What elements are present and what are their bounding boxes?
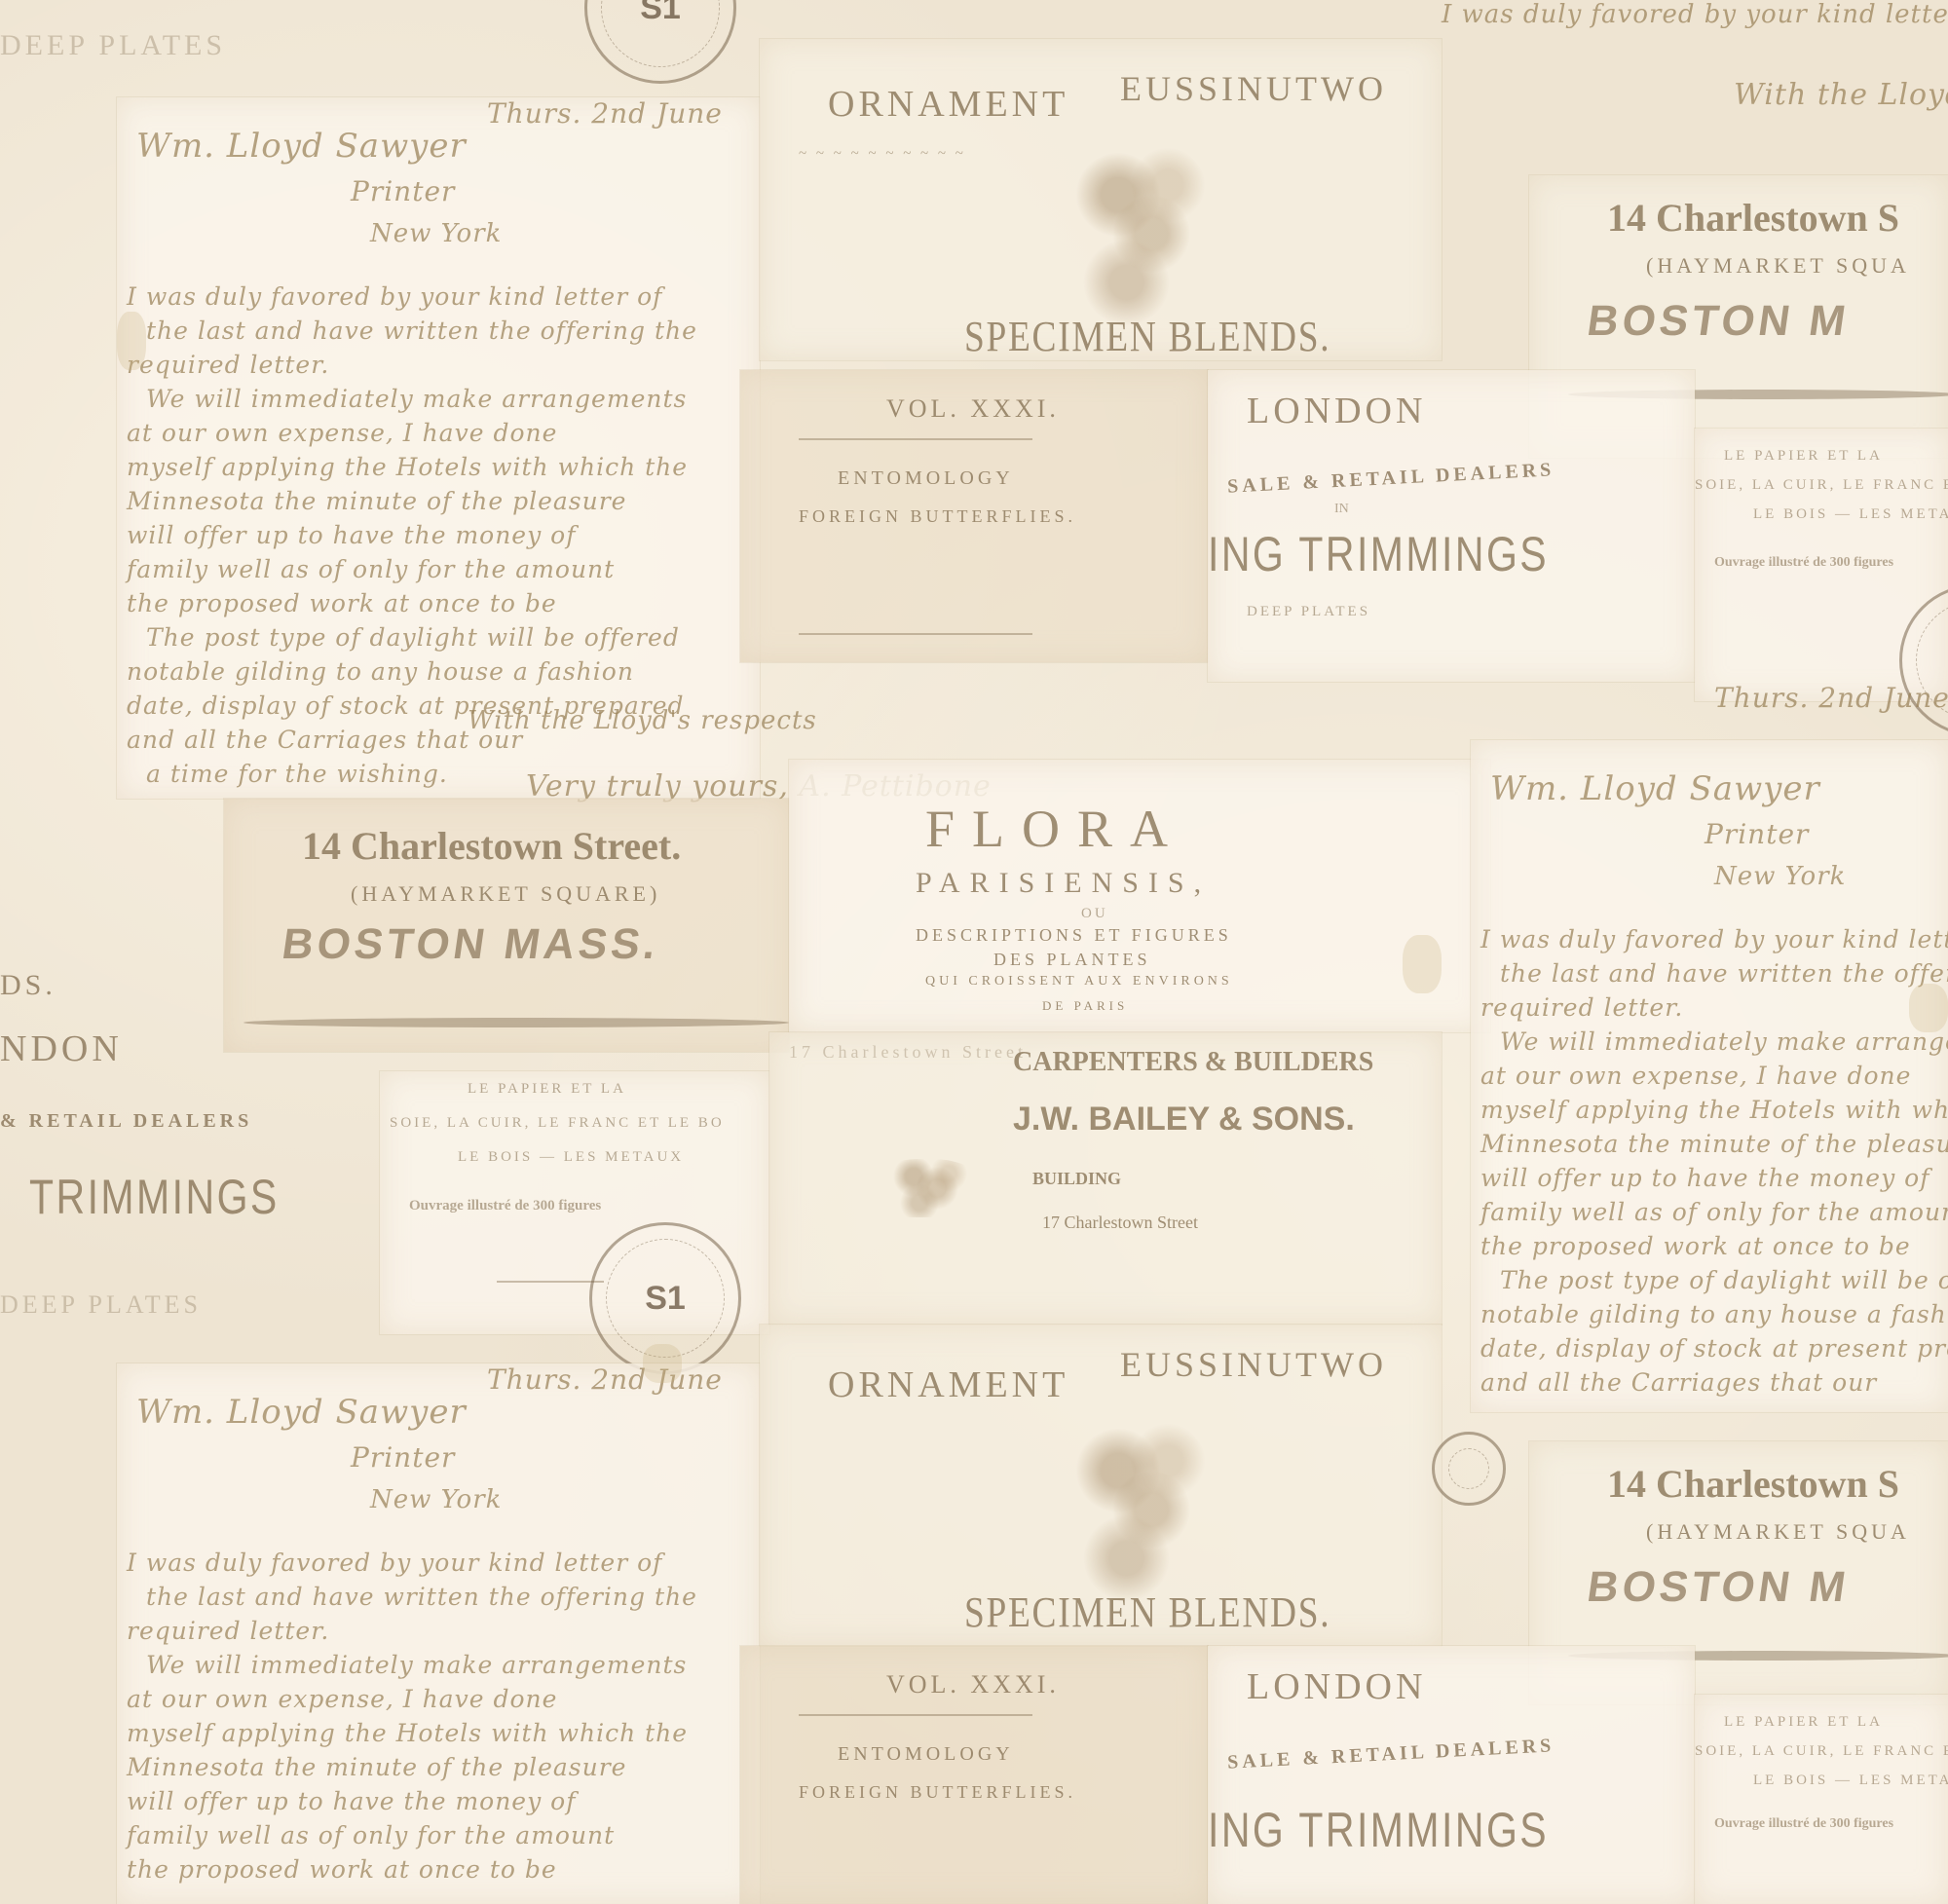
french-line: SOIE, LA CUIR, LE FRANC ET LE BO [1695, 477, 1948, 494]
letter-line: I was duly favored by your kind letter o… [1480, 925, 1948, 953]
french-line: LE PAPIER ET LA [1724, 448, 1883, 465]
letter-line: The post type of daylight will be offere… [1500, 1266, 1948, 1294]
mirror-heading: EUSSINUTWO [1120, 68, 1387, 109]
flora-croissent: QUI CROISSENT AUX ENVIRONS [925, 974, 1233, 989]
entomology-card: VOL. XXXI. ENTOMOLOGY FOREIGN BUTTERFLIE… [740, 370, 1208, 662]
cherubs-ornament-icon [867, 1159, 984, 1217]
signature-fragment: With the Lloyd's respects [1734, 78, 1948, 112]
letter-line: myself applying the Hotels with which th… [127, 453, 688, 481]
letter-line: the last and have written the offering t… [146, 1583, 697, 1611]
letter-date: Thurs. 2nd June [1714, 682, 1948, 714]
foreign-butterflies-label: FOREIGN BUTTERFLIES. [799, 1782, 1076, 1803]
letter-line: family well as of only for the amount [1480, 1198, 1948, 1226]
letter-line: Minnesota the minute of the pleasure [127, 487, 626, 515]
letter-line: the proposed work at once to be [127, 589, 557, 617]
boston-banner: BOSTON MASS. [279, 920, 662, 969]
age-stain [117, 312, 146, 370]
flora-paris: DE PARIS [1042, 998, 1128, 1014]
letter-place: New York [370, 219, 502, 248]
plates-fragment: DEEP PLATES [0, 1290, 202, 1320]
bailey-advert: 17 Charlestown Street CARPENTERS & BUILD… [769, 1032, 1442, 1325]
french-line: Ouvrage illustré de 300 figures [1714, 555, 1893, 571]
letter-line: We will immediately make arrangements [1500, 1027, 1948, 1056]
trimmings-fragment: TRIMMINGS [29, 1169, 280, 1225]
french-card-bottom-right: LE PAPIER ET LA SOIE, LA CUIR, LE FRANC … [1695, 1695, 1948, 1904]
entomology-label: ENTOMOLOGY [838, 1743, 1014, 1766]
postmark-stamp-icon: S1 [584, 0, 736, 84]
stamp-glyph: S1 [645, 1280, 686, 1318]
letter-line: myself applying the Hotels with which th… [127, 1719, 688, 1747]
letter-line: We will immediately make arrangements [146, 385, 687, 413]
french-line: Ouvrage illustré de 300 figures [409, 1198, 601, 1214]
divider [799, 438, 1032, 440]
divider [497, 1281, 604, 1283]
handwritten-letter-bottom-left: Wm. Lloyd Sawyer Thurs. 2nd June Printer… [117, 1363, 760, 1904]
french-line: LE PAPIER ET LA [468, 1081, 626, 1098]
trimmings-advert-bottom: LONDON SALE & RETAIL DEALERS ING TRIMMIN… [1208, 1646, 1695, 1904]
letter-line: Minnesota the minute of the pleasure [1480, 1130, 1948, 1158]
letter-place: New York [370, 1485, 502, 1514]
in-label: IN [1334, 502, 1349, 517]
letter-line: family well as of only for the amount [127, 1821, 615, 1849]
handwritten-letter-right: Wm. Lloyd Sawyer Printer New York I was … [1471, 740, 1948, 1412]
letter-line: will offer up to have the money of [127, 521, 576, 549]
vol-label: VOL. XXXI. [886, 394, 1060, 424]
letter-line: and all the Carriages that our [127, 726, 523, 754]
vol-label: VOL. XXXI. [886, 1670, 1060, 1699]
letter-line: The post type of daylight will be offere… [146, 623, 680, 652]
advert-small-print: 17 Charlestown Street [789, 1042, 1027, 1063]
bailey-address: 17 Charlestown Street [1042, 1213, 1198, 1233]
letter-line: the proposed work at once to be [1480, 1232, 1911, 1260]
letter-title: Printer [351, 1441, 455, 1474]
letter-line: Minnesota the minute of the pleasure [127, 1753, 626, 1781]
bailey-heading: J.W. BAILEY & SONS. [1013, 1101, 1355, 1139]
ornament-heading: ORNAMENT [828, 1363, 1068, 1406]
letter-line: required letter. [127, 1617, 329, 1645]
french-line: LE BOIS — LES METAUX [1753, 1773, 1948, 1789]
letter-closing: With the Lloyd's respects [468, 706, 817, 735]
letter-line: at our own expense, I have done [1480, 1062, 1911, 1090]
french-line: LE BOIS — LES METAUX [1753, 506, 1948, 523]
london-heading: LONDON [1247, 390, 1426, 432]
letter-line: notable gilding to any house a fashion [1480, 1300, 1948, 1328]
haymarket-label: (HAYMARKET SQUA [1646, 253, 1910, 279]
french-line: LE PAPIER ET LA [1724, 1714, 1883, 1731]
trimmings-heading: ING TRIMMINGS [1208, 1802, 1549, 1858]
trimmings-small-print: DEEP PLATES [1247, 604, 1370, 620]
handwritten-letter-top-left: Wm. Lloyd Sawyer Thurs. 2nd June Printer… [117, 97, 760, 799]
french-line: SOIE, LA CUIR, LE FRANC ET LE BO [1695, 1743, 1948, 1760]
french-line: LE BOIS — LES METAUX [458, 1149, 684, 1166]
letter-line: I was duly favored by your kind letter o… [127, 282, 662, 311]
boston-banner: BOSTON M [1584, 1563, 1852, 1612]
letter-title: Printer [1704, 818, 1809, 850]
age-stain [1909, 984, 1948, 1032]
letter-line: the last and have written the offering t… [146, 317, 697, 345]
flora-plantes: DES PLANTES [993, 950, 1151, 970]
london-heading: LONDON [1247, 1665, 1426, 1708]
charlestown-address: 14 Charlestown Street. [302, 823, 681, 869]
trimmings-advert: LONDON SALE & RETAIL DEALERS IN ING TRIM… [1208, 370, 1695, 682]
ds-fragment: DS. [0, 969, 56, 1002]
haymarket-label: (HAYMARKET SQUA [1646, 1519, 1910, 1545]
letter-fragment-top-right: I was duly favored by your kind letter o… [1442, 0, 1948, 29]
wholesale-label: SALE & RETAIL DEALERS [1227, 1735, 1555, 1774]
divider [799, 633, 1032, 635]
flora-parisiensis-title: FLORA PARISIENSIS, OU DESCRIPTIONS ET FI… [789, 760, 1490, 1032]
letter-salutation: Wm. Lloyd Sawyer [136, 127, 467, 166]
letter-line: the proposed work at once to be [127, 1855, 557, 1884]
advert-small-print: ~ ~ ~ ~ ~ ~ ~ ~ ~ ~ [799, 146, 966, 163]
letter-line: will offer up to have the money of [1480, 1164, 1929, 1192]
foreign-butterflies-label: FOREIGN BUTTERFLIES. [799, 506, 1076, 527]
letter-line: notable gilding to any house a fashion [127, 657, 634, 686]
letter-date: Thurs. 2nd June [487, 97, 723, 130]
banner-swoosh [243, 1018, 789, 1027]
letter-line: will offer up to have the money of [127, 1787, 576, 1815]
letter-line: and all the Carriages that our [1480, 1368, 1877, 1397]
building-label: BUILDING [1032, 1169, 1121, 1189]
flora-heading: FLORA [925, 799, 1185, 859]
charlestown-advert-mid: 14 Charlestown Street. (HAYMARKET SQUARE… [224, 799, 789, 1052]
letter-salutation: Wm. Lloyd Sawyer [136, 1393, 467, 1432]
plates-fragment: DEEP PLATES [0, 29, 226, 62]
age-stain [1403, 935, 1442, 993]
letter-line: required letter. [1480, 993, 1683, 1022]
ornament-advert-top: ORNAMENT EUSSINUTWO ~ ~ ~ ~ ~ ~ ~ ~ ~ ~ … [760, 39, 1442, 360]
ornament-heading: ORNAMENT [828, 83, 1068, 126]
flora-descriptions: DESCRIPTIONS ET FIGURES [916, 925, 1232, 946]
stamp-glyph: S1 [640, 0, 681, 27]
french-line: Ouvrage illustré de 300 figures [1714, 1816, 1893, 1832]
letter-line: family well as of only for the amount [127, 555, 615, 583]
letter-place: New York [1714, 862, 1846, 891]
letter-title: Printer [351, 175, 455, 207]
entomology-label: ENTOMOLOGY [838, 467, 1014, 490]
letter-line: We will immediately make arrangements [146, 1651, 687, 1679]
london-fragment: NDON [0, 1027, 123, 1070]
letter-line: myself applying the Hotels with which th… [1480, 1096, 1948, 1124]
ornament-advert-bottom: ORNAMENT EUSSINUTWO SPECIMEN BLENDS. [760, 1325, 1442, 1646]
wholesale-label: SALE & RETAIL DEALERS [1227, 459, 1555, 499]
letter-line: required letter. [127, 351, 329, 379]
letter-line: at our own expense, I have done [127, 1685, 557, 1713]
flora-ou: OU [1081, 906, 1108, 922]
mirror-heading: EUSSINUTWO [1120, 1344, 1387, 1385]
charlestown-address: 14 Charlestown S [1607, 1461, 1899, 1507]
postmark-stamp-icon [1432, 1432, 1506, 1506]
entomology-card-bottom: VOL. XXXI. ENTOMOLOGY FOREIGN BUTTERFLIE… [740, 1646, 1208, 1904]
letter-line: the last and have written the offering t… [1500, 959, 1948, 988]
age-stain [643, 1344, 682, 1383]
floral-ornament-icon [1052, 1412, 1217, 1607]
divider [799, 1714, 1032, 1716]
wholesale-fragment: & RETAIL DEALERS [0, 1110, 252, 1133]
letter-line: date, display of stock at present prepar… [1480, 1334, 1948, 1363]
letter-salutation: Wm. Lloyd Sawyer [1490, 769, 1820, 808]
parisiensis-heading: PARISIENSIS, [916, 867, 1211, 900]
letter-line: a time for the wishing. [146, 760, 448, 788]
letter-line: at our own expense, I have done [127, 419, 557, 447]
boston-banner: BOSTON M [1584, 297, 1852, 346]
letter-date: Thurs. 2nd June [487, 1363, 723, 1396]
trimmings-heading: ING TRIMMINGS [1208, 526, 1549, 582]
charlestown-address: 14 Charlestown S [1607, 195, 1899, 241]
specimen-heading: SPECIMEN BLENDS. [964, 1587, 1330, 1637]
carpenters-heading: CARPENTERS & BUILDERS [1013, 1047, 1373, 1078]
haymarket-label: (HAYMARKET SQUARE) [351, 881, 660, 907]
specimen-heading: SPECIMEN BLENDS. [964, 312, 1330, 360]
collage-background: Wm. Lloyd Sawyer Thurs. 2nd June Printer… [0, 0, 1948, 1904]
french-line: SOIE, LA CUIR, LE FRANC ET LE BO [390, 1115, 725, 1132]
letter-line: I was duly favored by your kind letter o… [127, 1549, 662, 1577]
floral-ornament-icon [1052, 136, 1217, 331]
